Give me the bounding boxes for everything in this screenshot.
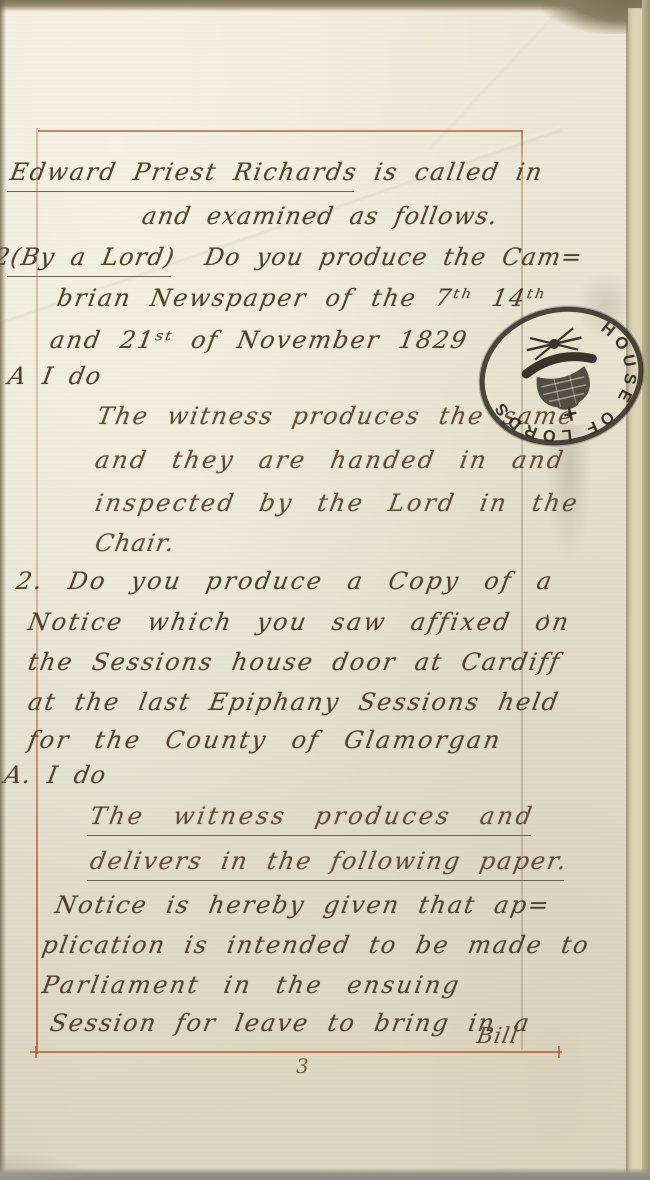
manuscript-line: at the last Epiphany Sessions held <box>26 688 562 716</box>
manuscript-line: Edward Priest Richards is called in <box>8 158 546 186</box>
manuscript-line: and examined as follows. <box>140 202 501 230</box>
manuscript-line: A I do <box>6 362 104 390</box>
manuscript-line: and 21ˢᵗ of November 1829 <box>48 326 471 354</box>
manuscript-scan: Edward Priest Richards is called in and … <box>0 0 650 1180</box>
manuscript-line: 2(By a Lord)Do you produce the Cam= <box>0 243 585 271</box>
manuscript-line: brian Newspaper of the 7ᵗʰ 14ᵗʰ <box>55 284 549 312</box>
manuscript-line: Notice which you saw affixed on <box>26 608 573 636</box>
manuscript-line: 2. Do you produce a Copy of a <box>14 567 556 595</box>
catchword: Bill <box>475 1024 521 1049</box>
manuscript-line: for the County of Glamorgan <box>26 726 504 754</box>
manuscript-line: Parliament in the ensuing <box>40 971 463 999</box>
manuscript-line: Session for leave to bring in a <box>48 1009 533 1037</box>
manuscript-line: the Sessions house door at Cardiff <box>26 648 563 676</box>
stray-ink-mark: ' <box>545 610 551 634</box>
witness-name: Edward Priest Richards <box>7 158 360 192</box>
manuscript-line: delivers in the following paper. <box>88 847 570 875</box>
manuscript-line: A. I do <box>2 761 109 789</box>
manuscript-line: Notice is hereby given that ap= <box>53 891 553 919</box>
manuscript-line: The witness produces and <box>88 802 537 830</box>
manuscript-line: Chair. <box>93 529 177 557</box>
manuscript-line: inspected by the Lord in the <box>93 489 582 517</box>
portcullis-crest-icon <box>519 326 606 429</box>
manuscript-line: plication is intended to be made to <box>40 931 592 959</box>
page-number: 3 <box>296 1054 309 1078</box>
